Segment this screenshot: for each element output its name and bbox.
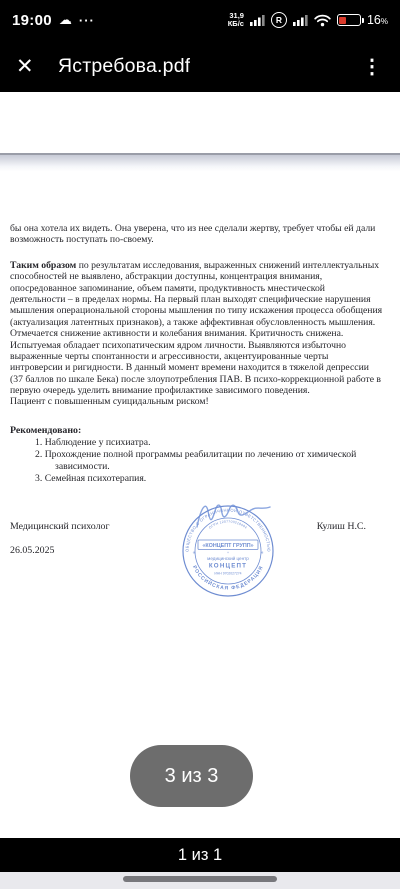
clock: 19:00: [12, 12, 52, 29]
network-speed: 31,9 КБ/с: [228, 12, 244, 28]
handwritten-signature: [193, 498, 275, 536]
notification-dots-icon: ···: [79, 13, 95, 28]
wifi-icon: [314, 14, 331, 27]
recommendation-item: 2. Прохождение полной программы реабилит…: [10, 449, 400, 473]
overflow-menu-icon[interactable]: ⋮: [360, 54, 384, 79]
stamp-banner: «КОНЦЕПТ ГРУПП»: [202, 543, 253, 549]
bold-lead: Таким образом: [10, 260, 76, 271]
signer-name: Кулиш Н.С.: [317, 521, 366, 532]
gesture-nav-area: [0, 872, 400, 889]
stamp-center-line3: ИНН 9702027274: [214, 572, 241, 576]
file-title: Ястребова.pdf: [58, 55, 190, 78]
battery-icon: [337, 14, 361, 26]
svg-text:+: +: [227, 551, 229, 555]
home-indicator[interactable]: [123, 876, 277, 882]
page-separator-shadow: [0, 155, 400, 171]
paragraph-conclusion: Таким образом по результатам исследовани…: [10, 260, 400, 408]
pdf-viewer-screen: 19:00 ☁ ··· 31,9 КБ/с R: [0, 0, 400, 889]
roaming-icon: R: [271, 12, 287, 28]
close-icon[interactable]: ✕: [16, 54, 50, 79]
battery-level: [339, 17, 346, 24]
recommendations-list: 1. Наблюдение у психиатра.2. Прохождение…: [10, 437, 400, 484]
bottom-page-bar: 1 из 1: [0, 838, 400, 872]
stamp-center-line2: КОНЦЕПТ: [209, 563, 247, 570]
app-header: ✕ Ястребова.pdf ⋮: [0, 40, 400, 92]
weather-cloud-icon: ☁: [59, 13, 72, 26]
signal-strength-icon-2: [293, 14, 308, 26]
recommendations-heading: Рекомендовано:: [10, 425, 400, 437]
page-indicator-bubble: 3 из 3: [130, 745, 253, 807]
previous-page-bottom: [0, 92, 400, 153]
battery-percent: 16%: [367, 13, 388, 27]
signal-strength-icon-1: [250, 14, 265, 26]
svg-text:✳: ✳: [192, 550, 196, 555]
status-bar: 19:00 ☁ ··· 31,9 КБ/с R: [0, 0, 400, 40]
svg-text:✳: ✳: [260, 550, 264, 555]
recommendation-item: 1. Наблюдение у психиатра.: [10, 437, 400, 449]
document-viewport[interactable]: бы она хотела их видеть. Она уверена, чт…: [0, 92, 400, 838]
signer-role: Медицинский психолог: [10, 521, 110, 532]
paragraph-1: бы она хотела их видеть. Она уверена, чт…: [10, 223, 400, 246]
stamp-center-line1: медицинский центр: [207, 555, 249, 561]
recommendation-item: 3. Семейная психотерапия.: [10, 473, 400, 485]
